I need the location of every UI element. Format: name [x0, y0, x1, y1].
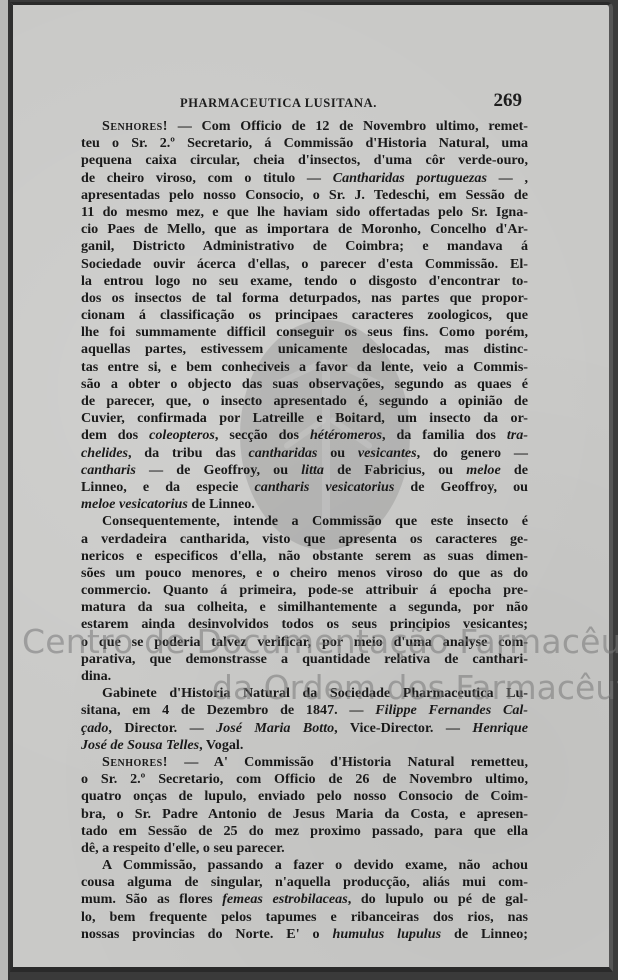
text-run: são a obter o objecto das suas observaçõ…: [81, 376, 528, 392]
text-run: Gabinete d'Historia Natural da Sociedade…: [102, 685, 528, 701]
text-line: lhe foi summamente difficil conseguir os…: [81, 324, 528, 341]
italic-text: chelides: [81, 445, 128, 461]
italic-text: cantharis vesicatorius: [255, 479, 395, 495]
body-text: Senhores! — Com Officio de 12 de Novembr…: [81, 118, 528, 943]
text-line: tado em Sessão de 25 do mez proximo pass…: [81, 823, 528, 840]
text-run: dos os insectos de tal forma deturpados,…: [81, 290, 528, 306]
italic-text: coleopteros: [149, 427, 215, 443]
text-line: chelides, da tribu das cantharidas ou ve…: [81, 445, 528, 462]
italic-text: çado: [81, 720, 108, 736]
text-line: Sociedade ouvir ácerca d'ellas, o parece…: [81, 256, 528, 273]
salutation: Senhores!: [102, 118, 168, 134]
italic-text: femeas estrobilaceas: [222, 891, 347, 907]
text-run: lhe foi summamente difficil conseguir os…: [81, 324, 528, 340]
text-run: commercio. Quanto á primeira, pode-se at…: [81, 582, 528, 598]
text-line: o que se poderia talvez verificar, por m…: [81, 634, 528, 651]
text-run: Cuvier, confirmada por Latreille e Boita…: [81, 410, 528, 426]
book-binding-edge: [0, 0, 10, 980]
text-line: apresentadas pelo nosso Consocio, o Sr. …: [81, 187, 528, 204]
text-run: dem dos: [81, 427, 149, 443]
running-title: PHARMACEUTICA LUSITANA.: [180, 96, 377, 111]
text-run: 11 do mesmo mez, e que lhe haviam sido o…: [81, 204, 528, 220]
text-run: tado em Sessão de 25 do mez proximo pass…: [81, 823, 528, 839]
text-run: ou: [317, 445, 358, 461]
text-run: apresentadas pelo nosso Consocio, o Sr. …: [81, 187, 528, 203]
text-run: la entrou logo no seu exame, tendo o dis…: [81, 273, 528, 289]
text-line: Consequentemente, intende a Commissão qu…: [81, 513, 528, 530]
text-run: , secção dos: [215, 427, 310, 443]
text-run: a verdadeira cantharida, visto que apres…: [81, 531, 528, 547]
text-run: mum. São as flores: [81, 891, 222, 907]
text-line: commercio. Quanto á primeira, pode-se at…: [81, 582, 528, 599]
text-run: Sociedade ouvir ácerca d'ellas, o parece…: [81, 256, 528, 272]
text-run: , da familia dos: [382, 427, 507, 443]
italic-text: hétéromeros: [310, 427, 382, 443]
salutation: Senhores!: [102, 754, 168, 770]
text-line: nossas provincias do Norte. E' o humulus…: [81, 926, 528, 943]
text-run: de Geoffroy, ou: [394, 479, 528, 495]
text-line: sões um pouco menores, e o cheiro menos …: [81, 565, 528, 582]
text-run: de cheiro viroso, com o titulo —: [81, 170, 333, 186]
text-run: teu o Sr. 2.º Secretario, á Commissão d'…: [81, 135, 528, 151]
text-run: nericos e especificos d'ella, não obstan…: [81, 548, 528, 564]
text-run: aquellas partes, estivessem unicamente d…: [81, 341, 528, 357]
italic-text: José Maria Botto: [216, 720, 334, 736]
text-line: nericos e especificos d'ella, não obstan…: [81, 548, 528, 565]
text-line: A Commissão, passando a fazer o devido e…: [81, 857, 528, 874]
text-line: matura da sua colheita, e similhantement…: [81, 599, 528, 616]
text-line: çado, Director. — José Maria Botto, Vice…: [81, 720, 528, 737]
text-line: mum. São as flores femeas estrobilaceas,…: [81, 891, 528, 908]
text-run: parativa, que demonstrasse a quantidade …: [81, 651, 528, 667]
italic-text: meloe: [466, 462, 500, 478]
text-run: cionam á classificação os principaes car…: [81, 307, 528, 323]
text-run: sões um pouco menores, e o cheiro menos …: [81, 565, 528, 581]
text-run: o Sr. 2.º Secretario, com Officio de 26 …: [81, 771, 528, 787]
text-run: , do genero —: [417, 445, 528, 461]
text-run: cousa alguma de singular, n'aquella prod…: [81, 874, 528, 890]
text-run: dê, a respeito d'elle, o seu parecer.: [81, 840, 285, 856]
text-run: — de Geoffroy, ou: [136, 462, 301, 478]
text-run: Linneo, e da especie: [81, 479, 255, 495]
text-line: tas entre si, e bem conheciveis a favor …: [81, 359, 528, 376]
text-run: quatro onças de lupulo, enviado pelo nos…: [81, 788, 528, 804]
text-run: — Com Officio de 12 de Novembro ultimo, …: [168, 118, 528, 134]
text-line: dos os insectos de tal forma deturpados,…: [81, 290, 528, 307]
text-line: a verdadeira cantharida, visto que apres…: [81, 531, 528, 548]
text-line: 11 do mesmo mez, e que lhe haviam sido o…: [81, 204, 528, 221]
text-run: de Fabricius, ou: [324, 462, 466, 478]
text-line: parativa, que demonstrasse a quantidade …: [81, 651, 528, 668]
text-run: de Linneo.: [188, 496, 255, 512]
page-header: PHARMACEUTICA LUSITANA. 269: [180, 93, 520, 113]
italic-text: meloe vesicatorius: [81, 496, 188, 512]
text-line: Gabinete d'Historia Natural da Sociedade…: [81, 685, 528, 702]
text-line: meloe vesicatorius de Linneo.: [81, 496, 528, 513]
text-line: cantharis — de Geoffroy, ou litta de Fab…: [81, 462, 528, 479]
text-run: nossas provincias do Norte. E' o: [81, 926, 333, 942]
text-line: sitana, em 4 de Dezembro de 1847. — Fili…: [81, 702, 528, 719]
text-line: estarem ainda desinvolvidos todos os seu…: [81, 616, 528, 633]
italic-text: vesicantes: [358, 445, 417, 461]
italic-text: Henrique: [472, 720, 528, 736]
text-line: de parecer, que, o insecto apresentado é…: [81, 393, 528, 410]
text-run: — ,: [487, 170, 528, 186]
text-run: ganil, Districto Administrativo de Coimb…: [81, 238, 528, 254]
text-line: dina.: [81, 668, 528, 685]
text-line: Cuvier, confirmada por Latreille e Boita…: [81, 410, 528, 427]
text-run: matura da sua colheita, e similhantement…: [81, 599, 528, 615]
text-run: de: [501, 462, 528, 478]
text-line: cionam á classificação os principaes car…: [81, 307, 528, 324]
italic-text: cantharidas: [249, 445, 318, 461]
text-line: quatro onças de lupulo, enviado pelo nos…: [81, 788, 528, 805]
text-line: são a obter o objecto das suas observaçõ…: [81, 376, 528, 393]
text-line: dê, a respeito d'elle, o seu parecer.: [81, 840, 528, 857]
text-run: A Commissão, passando a fazer o devido e…: [102, 857, 528, 873]
text-run: sitana, em 4 de Dezembro de 1847. —: [81, 702, 375, 718]
text-run: bra, o Sr. Padre Antonio de Jesus Maria …: [81, 806, 528, 822]
italic-text: José de Sousa Telles: [81, 737, 199, 753]
text-line: José de Sousa Telles, Vogal.: [81, 737, 528, 754]
italic-text: litta: [301, 462, 324, 478]
text-line: teu o Sr. 2.º Secretario, á Commissão d'…: [81, 135, 528, 152]
text-line: Linneo, e da especie cantharis vesicator…: [81, 479, 528, 496]
text-run: dina.: [81, 668, 111, 684]
text-run: de Linneo;: [441, 926, 528, 942]
text-run: lo, bem frequente pelos tapumes e ribanc…: [81, 909, 528, 925]
italic-text: humulus lupulus: [333, 926, 442, 942]
text-run: tas entre si, e bem conheciveis a favor …: [81, 359, 528, 375]
italic-text: Filippe Fernandes Cal-: [375, 702, 528, 718]
text-line: pequena caixa circular, cheia d'insectos…: [81, 152, 528, 169]
text-line: Senhores! — Com Officio de 12 de Novembr…: [81, 118, 528, 135]
text-run: , do lupulo ou pé de gal-: [348, 891, 528, 907]
page-number: 269: [494, 90, 523, 112]
text-run: , Vice-Director. —: [334, 720, 472, 736]
text-run: , da tribu das: [128, 445, 249, 461]
italic-text: tra-: [507, 427, 528, 443]
text-run: o que se poderia talvez verificar, por m…: [81, 634, 528, 650]
text-run: , Director. —: [108, 720, 216, 736]
italic-text: Cantharidas portuguezas: [333, 170, 487, 186]
text-line: aquellas partes, estivessem unicamente d…: [81, 341, 528, 358]
text-run: de parecer, que, o insecto apresentado é…: [81, 393, 528, 409]
text-line: cio Paes de Mello, que as importara de M…: [81, 221, 528, 238]
text-line: lo, bem frequente pelos tapumes e ribanc…: [81, 909, 528, 926]
text-line: ganil, Districto Administrativo de Coimb…: [81, 238, 528, 255]
text-run: , Vogal.: [199, 737, 243, 753]
text-run: pequena caixa circular, cheia d'insectos…: [81, 152, 528, 168]
italic-text: cantharis: [81, 462, 136, 478]
text-line: bra, o Sr. Padre Antonio de Jesus Maria …: [81, 806, 528, 823]
text-run: — A' Commissão d'Historia Natural remett…: [168, 754, 528, 770]
text-run: Consequentemente, intende a Commissão qu…: [102, 513, 528, 529]
text-run: cio Paes de Mello, que as importara de M…: [81, 221, 528, 237]
text-line: Senhores! — A' Commissão d'Historia Natu…: [81, 754, 528, 771]
text-line: de cheiro viroso, com o titulo — Canthar…: [81, 170, 528, 187]
text-line: cousa alguma de singular, n'aquella prod…: [81, 874, 528, 891]
text-line: la entrou logo no seu exame, tendo o dis…: [81, 273, 528, 290]
text-line: dem dos coleopteros, secção dos hétérome…: [81, 427, 528, 444]
text-line: o Sr. 2.º Secretario, com Officio de 26 …: [81, 771, 528, 788]
text-run: estarem ainda desinvolvidos todos os seu…: [81, 616, 528, 632]
